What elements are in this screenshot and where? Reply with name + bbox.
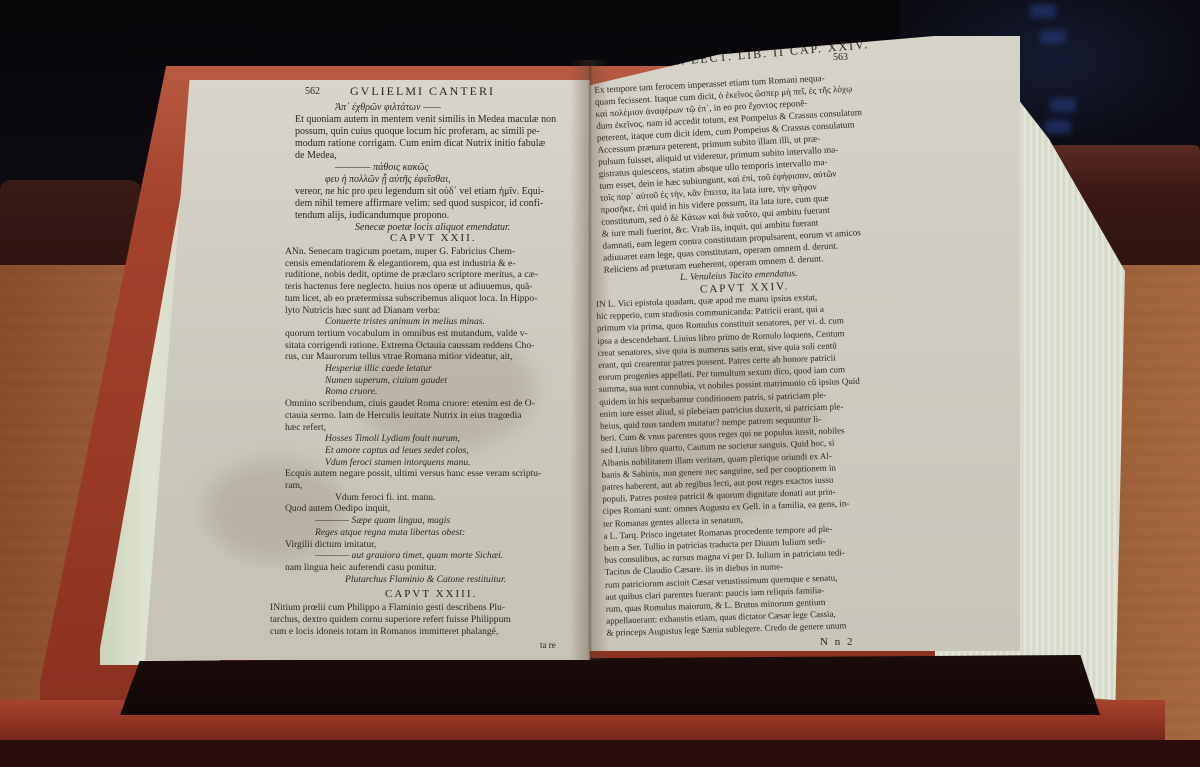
chapter-24-text: IN L. Vici epistola quadam, quæ apud me … bbox=[596, 290, 868, 640]
chapter-22-text: ANn. Senecam tragicum poetam, nuper G. F… bbox=[285, 246, 541, 585]
shelf-light bbox=[1030, 4, 1056, 18]
right-folio: 563 bbox=[833, 52, 848, 63]
shelf-light bbox=[1045, 120, 1071, 134]
left-text-top: Ἀπ᾽ ἐχθρῶν φιλτάτων —— Et quoniam autem … bbox=[295, 102, 556, 234]
left-running-head: GVLIELMI CANTERI bbox=[350, 84, 495, 99]
shelf-light bbox=[1050, 98, 1076, 112]
chapter-23-heading: CAPVT XXIII. bbox=[385, 588, 477, 600]
left-catchword: ta re bbox=[540, 640, 556, 650]
right-text-top: Ex tempore tam ferocem imperasset etiam … bbox=[594, 70, 870, 276]
book-bottom-edge bbox=[120, 655, 1100, 715]
right-page: NOVAR. LECT. LIB. II CAP. XXIV. 563 Ex t… bbox=[590, 36, 1020, 651]
shelf-light bbox=[1040, 30, 1066, 44]
right-signature: N n 2 bbox=[820, 636, 854, 648]
left-folio: 562 bbox=[305, 86, 320, 97]
book-gutter bbox=[570, 60, 610, 660]
left-page: 562 GVLIELMI CANTERI Ἀπ᾽ ἐχθρῶν φιλτάτων… bbox=[145, 80, 590, 660]
book-cradle-shadow bbox=[0, 740, 1200, 767]
chapter-22-heading: CAPVT XXII. bbox=[390, 232, 477, 244]
chapter-23-text: INitium prœlii cum Philippo a Flaminio g… bbox=[270, 602, 511, 638]
